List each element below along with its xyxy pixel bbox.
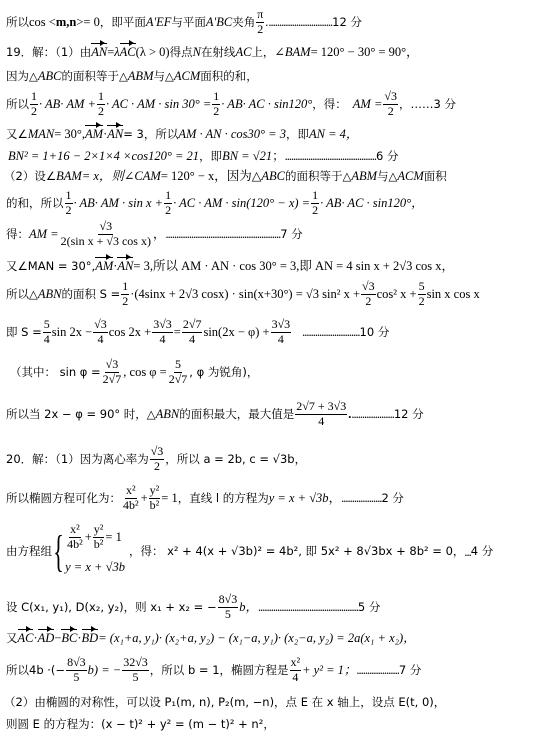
text: 又∠MAN = 30°, [6,261,95,273]
text: 得： [6,229,29,241]
score-label: 5 分 [358,602,380,614]
fraction: π2 [256,8,264,37]
text: AN = 4， [309,128,358,141]
text: AM = [29,228,59,241]
fraction: √32(sin x + √3 cos x) [60,220,152,249]
line-circle-equation: 则圆 E 的方程为：(x − t)² + y² = (m − t)² + n²， [6,719,275,731]
text: ，得： x² + 4(x + √3b)² = 4b², 即 5x² + 8√3b… [129,546,464,558]
numerator: y² [93,523,105,538]
numerator: π [256,8,264,23]
vector-AN: AN [117,260,133,273]
line-part2-area-eq: 的和，所以 12 · AB· AM · sin x + 12 · AC · AM… [6,189,424,218]
denominator: 4b² [122,499,140,513]
text: · AB· AM · sin x + [74,197,164,210]
fraction: √34 [93,318,108,347]
text: ，即平面 [100,17,146,29]
numerator: x² [125,484,137,499]
fraction: 8√35 [218,593,239,622]
text: ； [272,150,285,163]
text: ABN [156,408,180,421]
text: 所以 [6,17,29,29]
text: ， [329,492,342,505]
numerator: 1 [97,90,105,105]
text: 的面积最大，最大值是 [179,409,294,421]
text: = [174,326,181,339]
text: · AB· AM + [39,98,96,111]
line-phi-def: （其中： sin φ = √32√7 , cos φ = 52√7 , φ 为锐… [10,358,258,387]
text: 与△ [377,171,397,183]
denominator: 2 [364,295,372,309]
numerator: 2√7 + 3√3 [295,400,347,415]
fraction: 52 [418,280,426,309]
text: 由方程组 [6,546,52,558]
text: MAN [28,128,54,141]
text: ACM [397,170,423,183]
leader-dots: ........................................… [165,228,280,241]
vector-AN: AN [91,46,107,59]
text: ，得： [312,99,347,111]
numerator: 5 [174,358,182,373]
text: ABM [351,170,377,183]
text: sin 2x − [52,326,92,339]
denominator: 2 [256,23,264,37]
denominator: 2 [153,460,161,474]
denominator: 4b² [66,538,84,552]
text: 的面积等于△ [285,171,351,183]
text: （其中： sin φ = [10,367,101,379]
text: 所以椭圆方程可化为： [6,493,121,505]
text: = 3,所以 AM · AN · cos 30° = 3,即 AN = 4 si… [133,260,454,273]
text: ，所以 a = 2b, c = √3b， [165,454,306,466]
line-equation-system: 由方程组 { x²4b²+y²b²= 1 y = x + √3b ，得： x² … [6,522,493,582]
text: cos < [29,16,56,29]
text: ，即 [199,151,222,163]
numerator: √3 [361,280,376,295]
denominator: 2 [311,204,319,218]
text: 又 [6,633,18,645]
numerator: 1 [121,280,129,295]
denominator: 5 [224,608,232,622]
numerator: 8√3 [218,593,239,608]
line-q19-intro: 19．解：（1）由 AN = λ AC (λ > 0) 得点 N 在射线 AC … [6,46,419,59]
score-label: 6 分 [376,151,398,163]
text: >= 0 [76,16,99,29]
line-part2-setup: （2）设∠ BAM = x，则∠ CAM = 120° − x，因为△ ABC … [4,170,447,183]
text: ，直线 l 的方程为 [178,493,269,505]
text: y = x + √3b [65,561,125,574]
numerator: 2√7 [182,318,203,333]
vector-BD: BD [82,632,99,645]
vector-BC: BC [61,632,77,645]
question-number: 19．解：（1）由 [6,47,91,59]
text: ABC [38,70,62,83]
line-AM-result: 所以 12 · AB· AM + 12 · AC · AM · sin 30° … [6,90,456,119]
text: sin(2x − φ) + [203,326,269,339]
denominator: 4 [291,671,299,685]
text: · AB· AC · sin120°， [320,197,424,210]
text: 所以当 2x − φ = 90° 时，△ [6,409,156,421]
text: 得点 [170,47,193,59]
denominator: 2 [212,105,220,119]
question-number: 20．解：（1）因为离心率为 [6,454,149,466]
line-sum-roots: 设 C(x₁, y₁), D(x₂, y₂)，则 x₁ + x₂ = − 8√3… [6,593,380,622]
text: 因为△ [6,71,38,83]
text: cos² x + [377,288,417,301]
text: AM = [353,98,383,111]
denominator: 2√7 [102,373,123,387]
equation-system: x²4b²+y²b²= 1 y = x + √3b [65,522,125,582]
numerator: √3 [383,90,398,105]
text: 的面积 S = [61,289,120,301]
text: 与平面 [171,17,206,29]
denominator: 2 [121,295,129,309]
text: , φ 为锐角)， [189,367,258,379]
score-label: 12 分 [332,17,362,29]
line-area-S: 所以△ ABN 的面积 S = 12 ·(4sinx + 2√3 cosx) ·… [6,280,480,309]
fraction: 12 [121,280,129,309]
fraction: 12 [164,189,172,218]
line-BN-value: BN² = 1+16 − 2×1×4 ×cos120° = 21 ，即 BN =… [8,150,398,163]
denominator: 4 [43,333,51,347]
denominator: 4 [188,333,196,347]
denominator: 2 [97,105,105,119]
line-max-area: 所以当 2x − φ = 90° 时，△ ABN 的面积最大，最大值是 2√7 … [6,400,424,429]
text: （2）由椭圆的对称性，可以设 P₁(m, n), P₂(m, −n)，点 E 在… [4,697,445,709]
vector-AC: AC [18,632,34,645]
leader-dots: ........................................… [285,150,376,163]
numerator: 32√3 [122,656,149,671]
numerator: x² [69,523,81,538]
numerator: 3√3 [271,318,292,333]
text: ∠BAM [274,46,310,59]
fraction: 12 [65,189,73,218]
numerator: √3 [150,445,165,460]
numerator: 8√3 [66,656,87,671]
score-label: ，……3 分 [399,99,456,111]
text: · AC · AM · sin 30° = [106,98,211,111]
text: = (x₁+a, y₁)· (x₂+a, y₂) − (x₁−a, y₁)· (… [98,632,415,645]
vector-AD: AD [38,632,55,645]
fraction: √32 [361,280,376,309]
numerator: 1 [65,189,73,204]
numerator: 1 [212,90,220,105]
leader-dots: ........................... [302,326,359,339]
text: BN² = 1+16 − 2×1×4 ×cos120° = 21 [8,150,199,163]
vector-AM: AM [95,260,113,273]
text: 与△ [153,71,173,83]
score-label: 4 分 [471,546,493,558]
text: 设 C(x₁, y₁), D(x₂, y₂)，则 x₁ + x₂ = − [6,602,217,614]
numerator: 5 [43,318,51,333]
text: （2）设∠ [4,171,56,183]
numerator: 1 [30,90,38,105]
line-AN-formula: 又∠MAN = 30°, AM · AN = 3,所以 AM · AN · co… [6,260,454,273]
denominator: 5 [132,671,140,685]
fraction: √32 [383,90,398,119]
fraction: 12 [97,90,105,119]
leader-dots: .................... [351,408,394,421]
numerator: y² [149,484,161,499]
text: ACM [174,70,200,83]
fraction: √32 [150,445,165,474]
score-label: 10 分 [360,327,390,339]
leader-dots: .................... [356,664,399,677]
fraction: 12 [311,189,319,218]
numerator: 1 [311,189,319,204]
denominator: 2 [65,204,73,218]
text: 的面积等于△ [61,71,127,83]
text: A'EF [146,16,172,29]
leader-dots: .............................. [268,16,332,29]
score-label: 7 分 [280,229,302,241]
text: · AC · AM · sin(120° − x) = [173,197,310,210]
text: b， [239,601,258,614]
fraction: x²4b² [122,484,140,513]
leader-dots: ................... [341,492,381,505]
text: CAM [134,170,160,183]
text: A'BC [206,16,232,29]
score-label: 2 分 [381,493,403,505]
text: ， [153,228,166,241]
fraction: 3√34 [152,318,173,347]
text: 面积 [424,171,447,183]
text: 上， [251,47,274,59]
fraction: x²4 [290,656,302,685]
text: BAM [56,170,82,183]
fraction: 12 [30,90,38,119]
line-AM-formula: 得： AM = √32(sin x + √3 cos x) ， ........… [6,220,303,249]
text: ，即 [286,129,309,141]
text: 面积的和， [200,71,258,83]
numerator: 5 [418,280,426,295]
text: y = x + √3b [269,492,329,505]
denominator: 4 [96,333,104,347]
line-part2-symmetry: （2）由椭圆的对称性，可以设 P₁(m, n), P₂(m, −n)，点 E 在… [4,697,445,709]
text: N [193,46,201,59]
line-AN-value: 又∠ MAN = 30°, AM · AN = 3，所以 AM · AN · c… [6,128,358,141]
text: m,n [56,16,77,29]
text: b) = − [88,664,122,677]
denominator: 2 [30,105,38,119]
vector-AN: AN [107,128,123,141]
text: ·(4sinx + 2√3 cosx) · sin(x+30°) = √3 si… [130,288,360,301]
numerator: √3 [105,358,120,373]
text: ABM [128,70,154,83]
text: (λ > 0) [136,46,170,59]
leader-dots: ........................................… [258,601,358,614]
text: + y² = 1； [302,664,356,677]
denominator: 5 [72,671,80,685]
denominator: 2 [387,105,395,119]
text: 所以 [6,99,29,111]
line-vector-dot: 又 AC · AD − BC · BD = (x₁+a, y₁)· (x₂+a,… [6,632,416,645]
numerator: √3 [93,318,108,333]
text: = 3，所以 [123,129,178,141]
fraction: 2√7 + 3√34 [295,400,347,429]
text: AM · AN · cos30° = 3 [178,128,286,141]
text: = 120° − x，因为△ [161,170,262,183]
fraction: 52√7 [168,358,189,387]
fraction: y²b² [149,484,161,513]
fraction: y²b² [93,523,105,552]
text: 的和，所以 [6,198,64,210]
text: = 30°, [54,128,85,141]
denominator: 4 [277,333,285,347]
score-label: 12 分 [394,409,424,421]
denominator: b² [93,538,105,552]
vector-AC: AC [120,46,136,59]
numerator: x² [290,656,302,671]
line-S-simplified: 即 S = 54 sin 2x − √34 cos 2x + 3√34 = 2√… [6,318,389,347]
text: = 1 [105,531,121,544]
text: BN = √21 [222,150,272,163]
score-label: 7 分 [399,665,421,677]
text: = 1 [161,492,177,505]
text: 夹角 [232,17,255,29]
text: AC [235,46,251,59]
denominator: 4 [317,415,325,429]
fraction: √32√7 [102,358,123,387]
denominator: b² [149,499,161,513]
brace-icon: { [53,530,64,574]
denominator: 2 [164,204,172,218]
denominator: 2(sin x + √3 cos x) [60,235,152,249]
text: cos 2x + [109,326,151,339]
line-conclusion-q18: 所以 cos < m,n >= 0 ，即平面 A'EF 与平面 A'BC 夹角 … [6,8,362,37]
fraction: 12 [212,90,220,119]
text: 又∠ [6,129,28,141]
text: 所以4b ·(− [6,665,65,677]
denominator: 2√7 [168,373,189,387]
text: − [54,632,61,645]
fraction: 54 [43,318,51,347]
denominator: 4 [159,333,167,347]
numerator: 1 [164,189,172,204]
text: 在射线 [201,47,236,59]
text: , cos φ = [123,366,166,379]
denominator: 2 [418,295,426,309]
line-q20-intro: 20．解：（1）因为离心率为 √32 ，所以 a = 2b, c = √3b， [6,445,306,474]
text: ABN [38,288,62,301]
line-area-relation: 因为△ ABC 的面积等于△ ABM 与△ ACM 面积的和， [6,70,258,83]
line-ellipse-form: 所以椭圆方程可化为： x²4b² + y²b² = 1 ，直线 l 的方程为 y… [6,484,404,513]
text: = x，则∠ [82,170,135,183]
numerator: √3 [98,220,113,235]
line-b-value: 所以4b ·(− 8√35 b) = − 32√35 ，所以 b = 1，椭圆方… [6,656,421,685]
text: · AB· AC · sin120° [221,98,312,111]
numerator: 3√3 [152,318,173,333]
vector-AM: AM [85,128,103,141]
text: ，所以 b = 1，椭圆方程是 [150,665,289,677]
text: = 120° − 30° = 90°， [311,46,419,59]
fraction: 3√34 [271,318,292,347]
fraction: 32√35 [122,656,149,685]
fraction: 8√35 [66,656,87,685]
text: ABC [261,170,285,183]
fraction: x²4b² [66,523,84,552]
text: sin x cos x [427,288,480,301]
text: 则圆 E 的方程为：(x − t)² + y² = (m − t)² + n²， [6,719,275,731]
fraction: 2√74 [182,318,203,347]
text: 所以△ [6,289,38,301]
text: 即 S = [6,327,42,339]
